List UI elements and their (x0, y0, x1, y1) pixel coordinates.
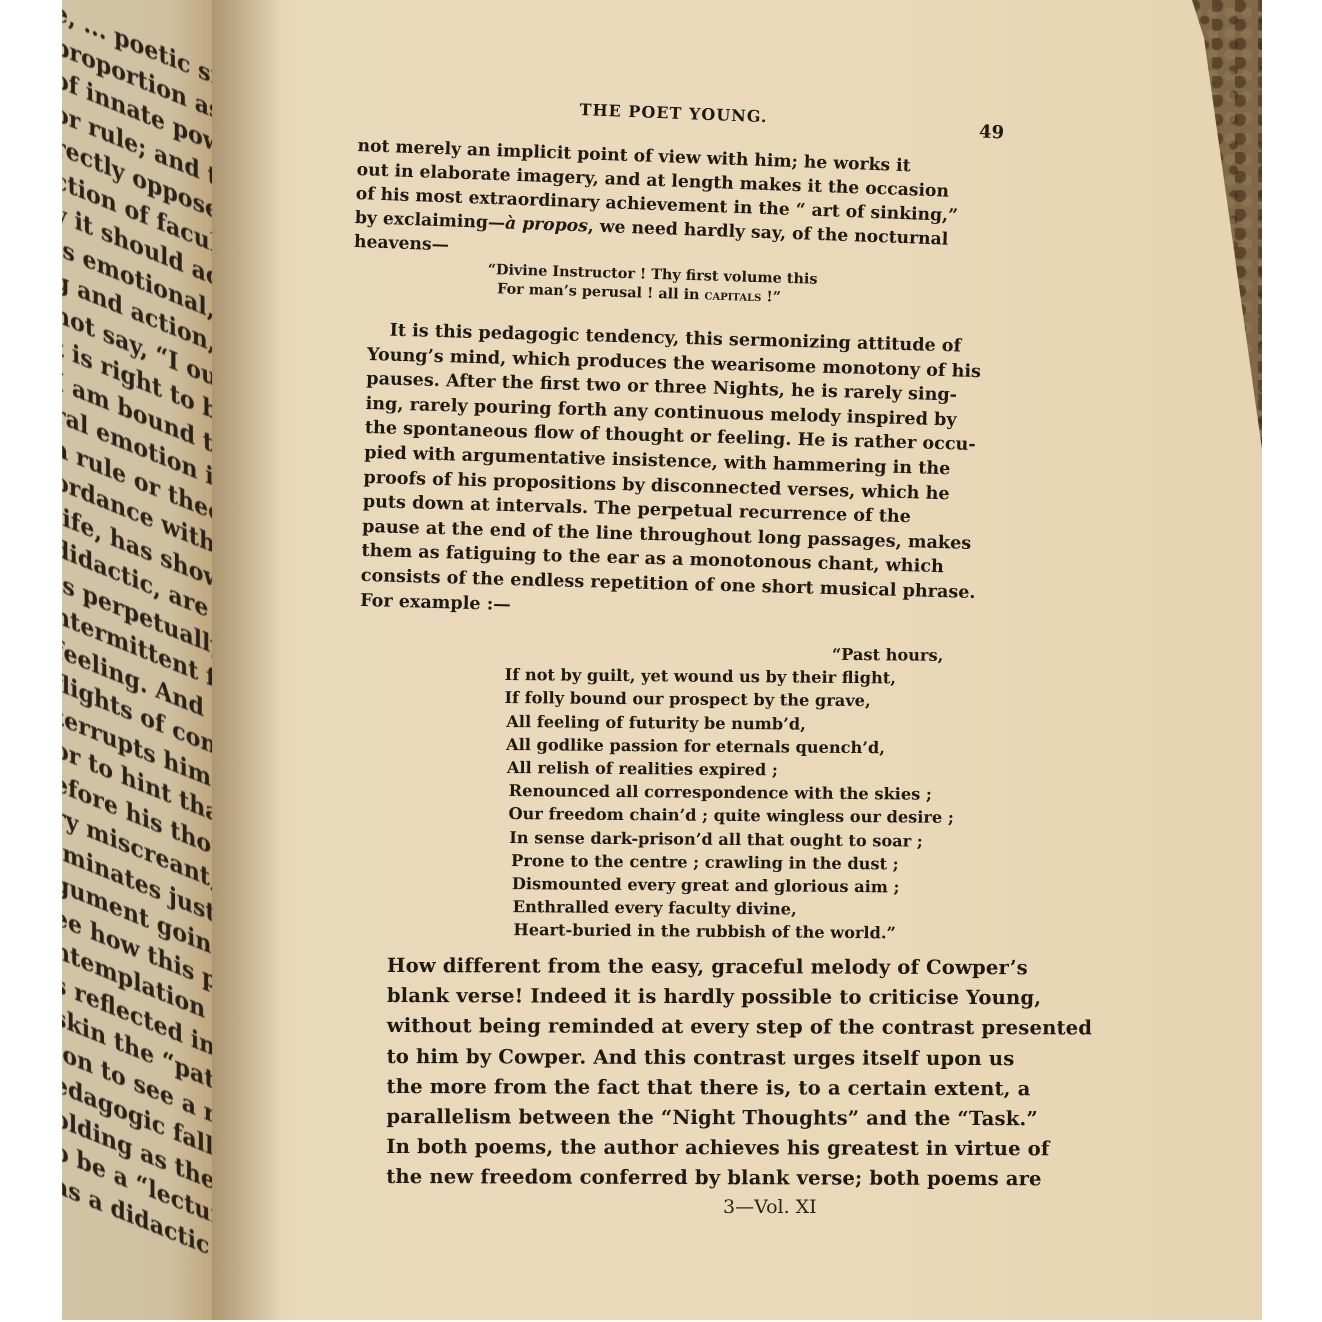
text-line: How different from the easy, graceful me… (387, 951, 1093, 984)
gutter-shadow (212, 0, 282, 1320)
italic-phrase: à propos (505, 213, 589, 236)
verse-line: If folly bound our prospect by the grave… (504, 686, 955, 713)
page-number: 49 (979, 122, 1005, 144)
text-line: the new freedom conferred by blank verse… (386, 1162, 1092, 1195)
text-line: without being reminded at every step of … (387, 1011, 1093, 1044)
text-line: parallelism between the “Night Thoughts”… (386, 1102, 1092, 1135)
text-line: blank verse! Indeed it is hardly possibl… (387, 981, 1093, 1014)
paragraph-2: It is this pedagogic tendency, this serm… (360, 318, 983, 630)
text-line: the more from the fact that there is, to… (386, 1072, 1092, 1105)
signature-mark: 3—Vol. XI (723, 1196, 817, 1218)
verse-quotation: “Past hours, If not by guilt, yet wound … (502, 640, 955, 946)
verse-line: Heart-buried in the rubbish of the world… (502, 918, 953, 945)
book-photograph: e, ... poetic side proportion as the of … (62, 0, 1262, 1320)
text-line: In both poems, the author achieves his g… (386, 1132, 1092, 1165)
paragraph-3: How different from the easy, graceful me… (386, 951, 1092, 1195)
quote-smallcaps: capitals (704, 286, 761, 305)
verse-line: Our freedom chain’d ; quite wingless our… (503, 802, 954, 829)
text-line: to him by Cowper. And this contrast urge… (387, 1042, 1093, 1075)
quote-text: !” (761, 288, 781, 306)
paragraph-1: not merely an implicit point of view wit… (354, 134, 961, 276)
